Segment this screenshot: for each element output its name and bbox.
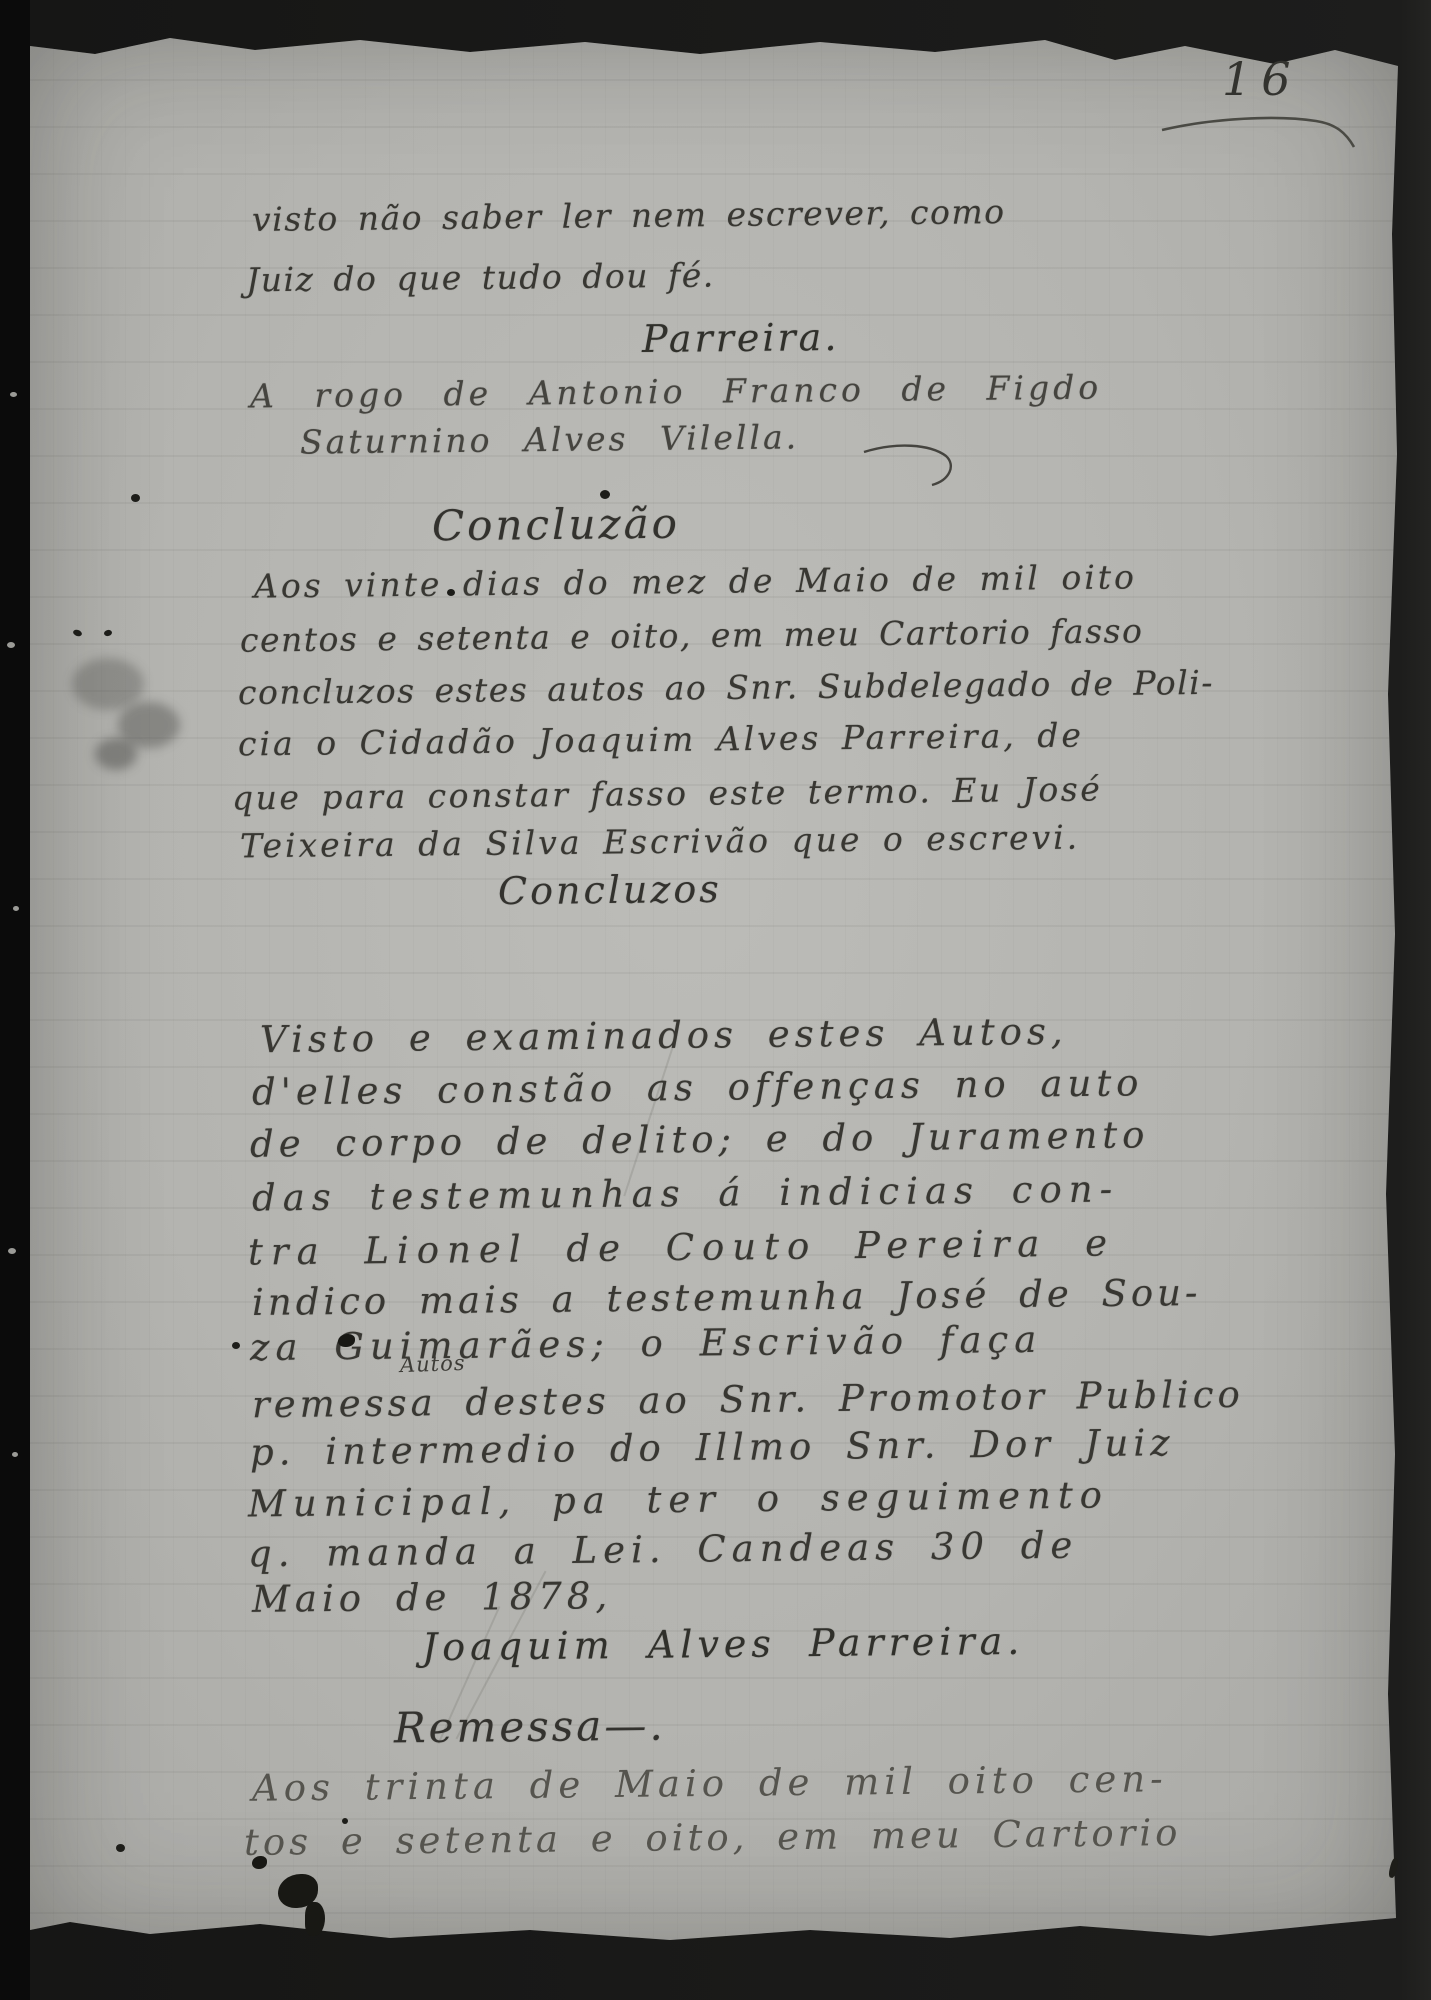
ink-dot	[342, 1818, 348, 1824]
signature-tail-flourish	[862, 438, 962, 498]
stain	[72, 658, 144, 710]
torn-edge-speck	[7, 642, 15, 648]
manuscript-line: za Guimarães; o Escrivão faça	[250, 1318, 1043, 1369]
ink-dot	[131, 494, 140, 502]
signature-parreira: Parreira.	[642, 315, 840, 361]
signature-joaquim-alves-parreira: Joaquim Alves Parreira.	[422, 1619, 1025, 1669]
manuscript-line: das testemunhas á indicias con-	[252, 1167, 1119, 1219]
manuscript-line: Juiz do que tudo dou fé.	[246, 256, 715, 300]
torn-edge-speck	[10, 392, 17, 397]
heading-conclusos: Concluzos	[498, 867, 722, 913]
manuscript-line: Visto e examinados estes Autos,	[260, 1010, 1068, 1061]
witness-saturnino-line: Saturnino Alves Vilella.	[300, 417, 800, 461]
interlinear-insertion: Autos	[400, 1351, 466, 1377]
page-number: 16	[1222, 52, 1301, 106]
torn-edge-speck	[8, 1248, 16, 1254]
ink-dot	[600, 490, 610, 499]
ink-dot	[447, 589, 455, 596]
page-number-underline	[1158, 100, 1358, 155]
heading-conclusao: Concluzão	[432, 499, 680, 551]
ink-dot	[116, 1844, 125, 1852]
heading-remessa: Remessa—.	[394, 1701, 666, 1753]
scanned-manuscript-page: 16 visto não saber ler nem escrever, com…	[0, 0, 1431, 2000]
stain	[95, 738, 137, 770]
torn-edge-speck	[13, 906, 19, 911]
manuscript-line: visto não saber ler nem escrever, como	[252, 192, 1006, 239]
torn-edge-speck	[12, 1452, 18, 1457]
ink-dot	[232, 1342, 240, 1349]
manuscript-line: Municipal, pa ter o seguimento	[248, 1473, 1109, 1525]
ink-blot	[305, 1902, 325, 1936]
manuscript-line: q. manda a Lei. Candeas 30 de	[248, 1524, 1079, 1576]
date-line: Maio de 1878,	[252, 1574, 613, 1621]
manuscript-line: tra Lionel de Couto Pereira e	[248, 1221, 1115, 1273]
